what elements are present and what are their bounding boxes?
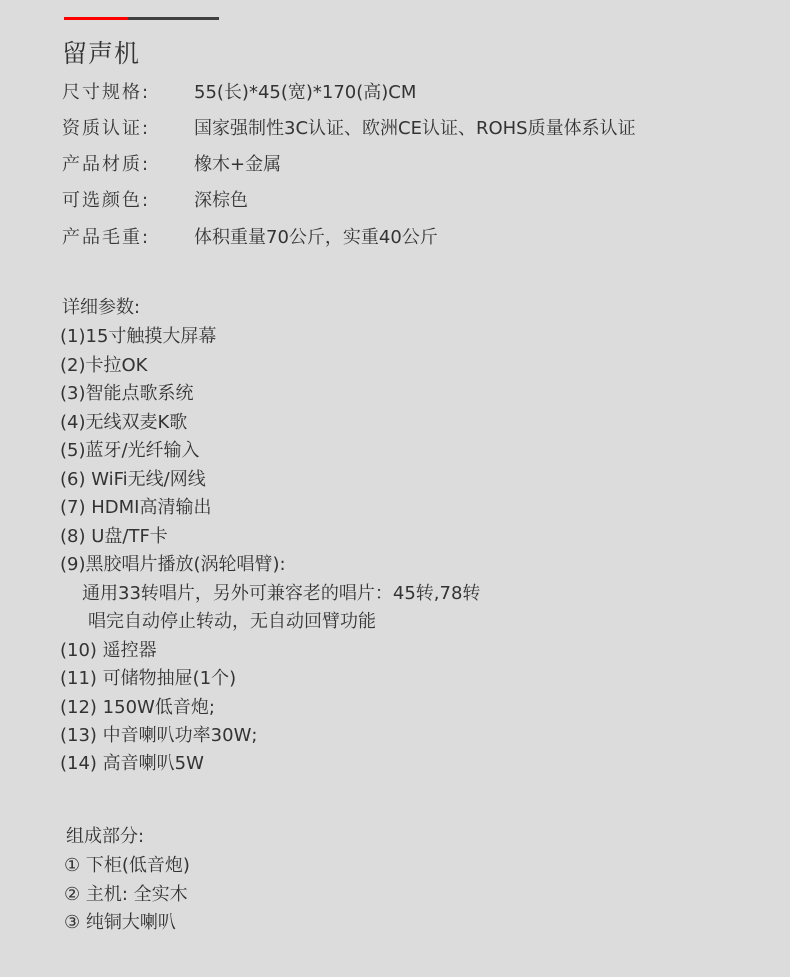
spec-row-color: 可选颜色:深棕色 — [62, 186, 248, 212]
detail-subitem: 唱完自动停止转动，无自动回臂功能 — [88, 607, 376, 633]
component-item: ② 主机: 全实木 — [64, 880, 188, 906]
spec-value: 55(长)*45(宽)*170(高)CM — [194, 78, 416, 104]
detail-item: (10) 遥控器 — [60, 636, 157, 662]
detail-item: (13) 中音喇叭功率30W; — [60, 721, 257, 747]
spec-row-weight: 产品毛重:体积重量70公斤，实重40公斤 — [62, 223, 438, 249]
spec-label: 资质认证: — [62, 114, 194, 140]
detail-item: (2)卡拉OK — [60, 351, 147, 377]
detail-subitem: 通用33转唱片，另外可兼容老的唱片：45转,78转 — [82, 579, 480, 605]
detail-item: (11) 可储物抽屉(1个) — [60, 664, 236, 690]
detail-item: (9)黑胶唱片播放(涡轮唱臂): — [60, 550, 286, 576]
spec-label: 产品材质: — [62, 150, 194, 176]
detail-item: (12) 150W低音炮; — [60, 693, 215, 719]
spec-label: 产品毛重: — [62, 223, 194, 249]
spec-value: 国家强制性3C认证、欧洲CE认证、ROHS质量体系认证 — [194, 114, 636, 140]
detail-item: (14) 高音喇叭5W — [60, 749, 204, 775]
detail-item: (8) U盘/TF卡 — [60, 522, 168, 548]
detail-item: (1)15寸触摸大屏幕 — [60, 322, 216, 348]
spec-row-material: 产品材质:橡木+金属 — [62, 150, 281, 176]
components-heading: 组成部分: — [66, 822, 144, 848]
detail-item: (4)无线双麦K歌 — [60, 408, 187, 434]
spec-value: 深棕色 — [194, 186, 248, 212]
accent-bar-red — [64, 17, 128, 20]
details-heading: 详细参数: — [62, 293, 140, 319]
component-item: ③ 纯铜大喇叭 — [64, 908, 176, 934]
detail-item: (5)蓝牙/光纤输入 — [60, 436, 200, 462]
spec-row-size: 尺寸规格:55(长)*45(宽)*170(高)CM — [62, 78, 416, 104]
spec-value: 体积重量70公斤，实重40公斤 — [194, 223, 438, 249]
detail-item: (3)智能点歌系统 — [60, 379, 194, 405]
component-item: ① 下柜(低音炮) — [64, 851, 190, 877]
detail-item: (6) WiFi无线/网线 — [60, 465, 206, 491]
spec-value: 橡木+金属 — [194, 150, 281, 176]
accent-bar-dark — [128, 17, 219, 20]
spec-label: 尺寸规格: — [62, 78, 194, 104]
spec-label: 可选颜色: — [62, 186, 194, 212]
product-title: 留声机 — [62, 34, 140, 70]
detail-item: (7) HDMI高清输出 — [60, 493, 211, 519]
spec-row-certification: 资质认证:国家强制性3C认证、欧洲CE认证、ROHS质量体系认证 — [62, 114, 636, 140]
